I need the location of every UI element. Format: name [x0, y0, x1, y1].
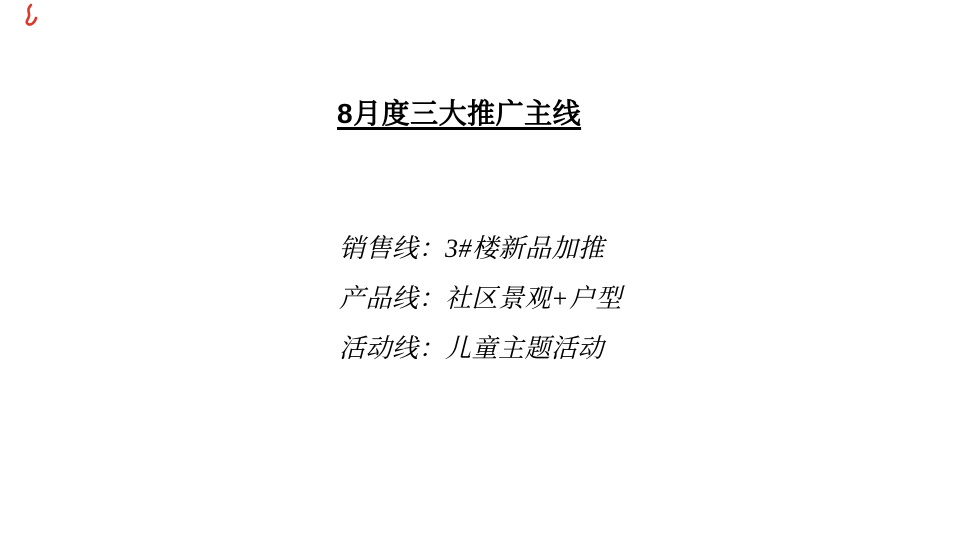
- promotion-lines-block: 销售线：3#楼新品加推 产品线：社区景观+户型 活动线：儿童主题活动: [339, 224, 622, 374]
- slide-canvas: 8月度三大推广主线 销售线：3#楼新品加推 产品线：社区景观+户型 活动线：儿童…: [0, 0, 960, 540]
- red-pen-mark-icon: [21, 3, 43, 29]
- promotion-line-activity: 活动线：儿童主题活动: [339, 324, 622, 374]
- promotion-line-sales: 销售线：3#楼新品加推: [339, 224, 622, 274]
- slide-title: 8月度三大推广主线: [337, 97, 581, 131]
- promotion-line-product: 产品线：社区景观+户型: [339, 274, 622, 324]
- red-pen-mark-stroke: [27, 5, 36, 25]
